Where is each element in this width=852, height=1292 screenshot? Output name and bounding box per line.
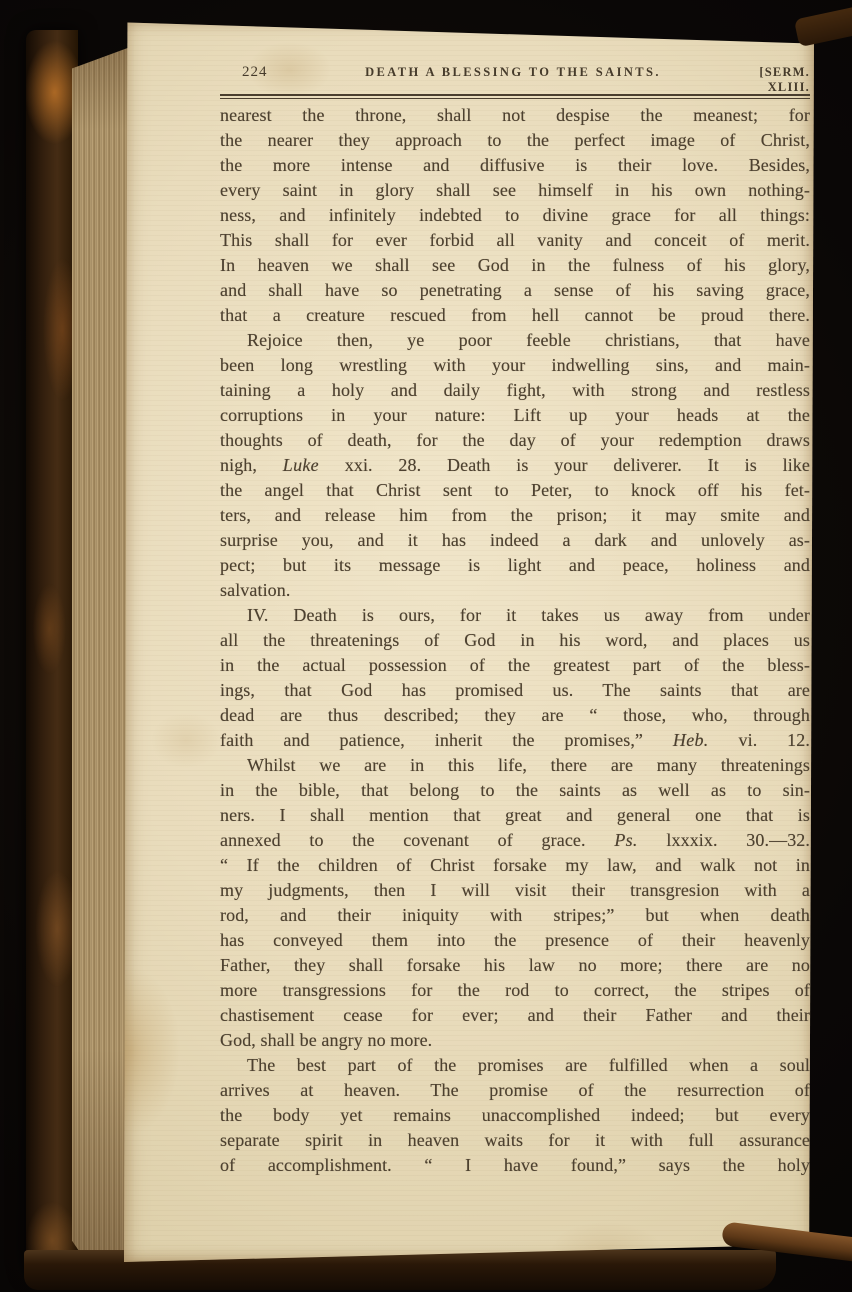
text-line: more transgressions for the rod to corre… (220, 978, 810, 1003)
text-line: has conveyed them into the presence of t… (220, 928, 810, 953)
page-header: 224 DEATH A BLESSING TO THE SAINTS. [SER… (220, 64, 810, 95)
text-line: separate spirit in heaven waits for it w… (220, 1128, 810, 1153)
text-line: IV. Death is ours, for it takes us away … (220, 603, 810, 628)
text-line: chastisement cease for ever; and their F… (220, 1003, 810, 1028)
text-line: taining a holy and daily fight, with str… (220, 378, 810, 403)
text-line: Rejoice then, ye poor feeble christians,… (220, 328, 810, 353)
book-page: 224 DEATH A BLESSING TO THE SAINTS. [SER… (124, 20, 814, 1262)
text-line: God, shall be angry no more. (220, 1028, 810, 1053)
book-photo: 224 DEATH A BLESSING TO THE SAINTS. [SER… (0, 0, 852, 1292)
text-line: thoughts of death, for the day of your r… (220, 428, 810, 453)
text-line: rod, and their iniquity with stripes;” b… (220, 903, 810, 928)
text-line: my judgments, then I will visit their tr… (220, 878, 810, 903)
text-line: been long wrestling with your indwelling… (220, 353, 810, 378)
text-line: and shall have so penetrating a sense of… (220, 278, 810, 303)
text-line: surprise you, and it has indeed a dark a… (220, 528, 810, 553)
text-line: This shall for ever forbid all vanity an… (220, 228, 810, 253)
text-line: ners. I shall mention that great and gen… (220, 803, 810, 828)
sermon-reference: [SERM. XLIII. (714, 65, 810, 95)
leather-texture (26, 30, 78, 1278)
text-line: “ If the children of Christ forsake my l… (220, 853, 810, 878)
page-number: 224 (220, 64, 312, 81)
text-line: in the bible, that belong to the saints … (220, 778, 810, 803)
text-line: Whilst we are in this life, there are ma… (220, 753, 810, 778)
header-rule (220, 94, 810, 99)
text-line: the body yet remains unaccomplished inde… (220, 1103, 810, 1128)
text-line: the more intense and diffusive is their … (220, 153, 810, 178)
text-line: pect; but its message is light and peace… (220, 553, 810, 578)
text-line: corruptions in your nature: Lift up your… (220, 403, 810, 428)
text-line: Father, they shall forsake his law no mo… (220, 953, 810, 978)
text-line: In heaven we shall see God in the fulnes… (220, 253, 810, 278)
text-line: the angel that Christ sent to Peter, to … (220, 478, 810, 503)
page-edges (72, 44, 132, 1270)
text-line: ness, and infinitely indebted to divine … (220, 203, 810, 228)
running-title: DEATH A BLESSING TO THE SAINTS. (312, 65, 714, 80)
text-body: nearest the throne, shall not despise th… (220, 103, 810, 1178)
text-line: every saint in glory shall see himself i… (220, 178, 810, 203)
book-spine (26, 30, 78, 1278)
text-line: dead are thus described; they are “ thos… (220, 703, 810, 728)
text-line: ters, and release him from the prison; i… (220, 503, 810, 528)
text-line: the nearer they approach to the perfect … (220, 128, 810, 153)
text-line: ings, that God has promised us. The sain… (220, 678, 810, 703)
text-line: of accomplishment. “ I have found,” says… (220, 1153, 810, 1178)
text-line: that a creature rescued from hell cannot… (220, 303, 810, 328)
text-line: arrives at heaven. The promise of the re… (220, 1078, 810, 1103)
text-line: The best part of the promises are fulfil… (220, 1053, 810, 1078)
book-cover-corner-top-right (794, 5, 852, 47)
text-line: salvation. (220, 578, 810, 603)
text-line: nigh, Luke xxi. 28. Death is your delive… (220, 453, 810, 478)
text-line: in the actual possession of the greatest… (220, 653, 810, 678)
text-line: all the threatenings of God in his word,… (220, 628, 810, 653)
text-line: faith and patience, inherit the promises… (220, 728, 810, 753)
text-line: annexed to the covenant of grace. Ps. lx… (220, 828, 810, 853)
text-line: nearest the throne, shall not despise th… (220, 103, 810, 128)
